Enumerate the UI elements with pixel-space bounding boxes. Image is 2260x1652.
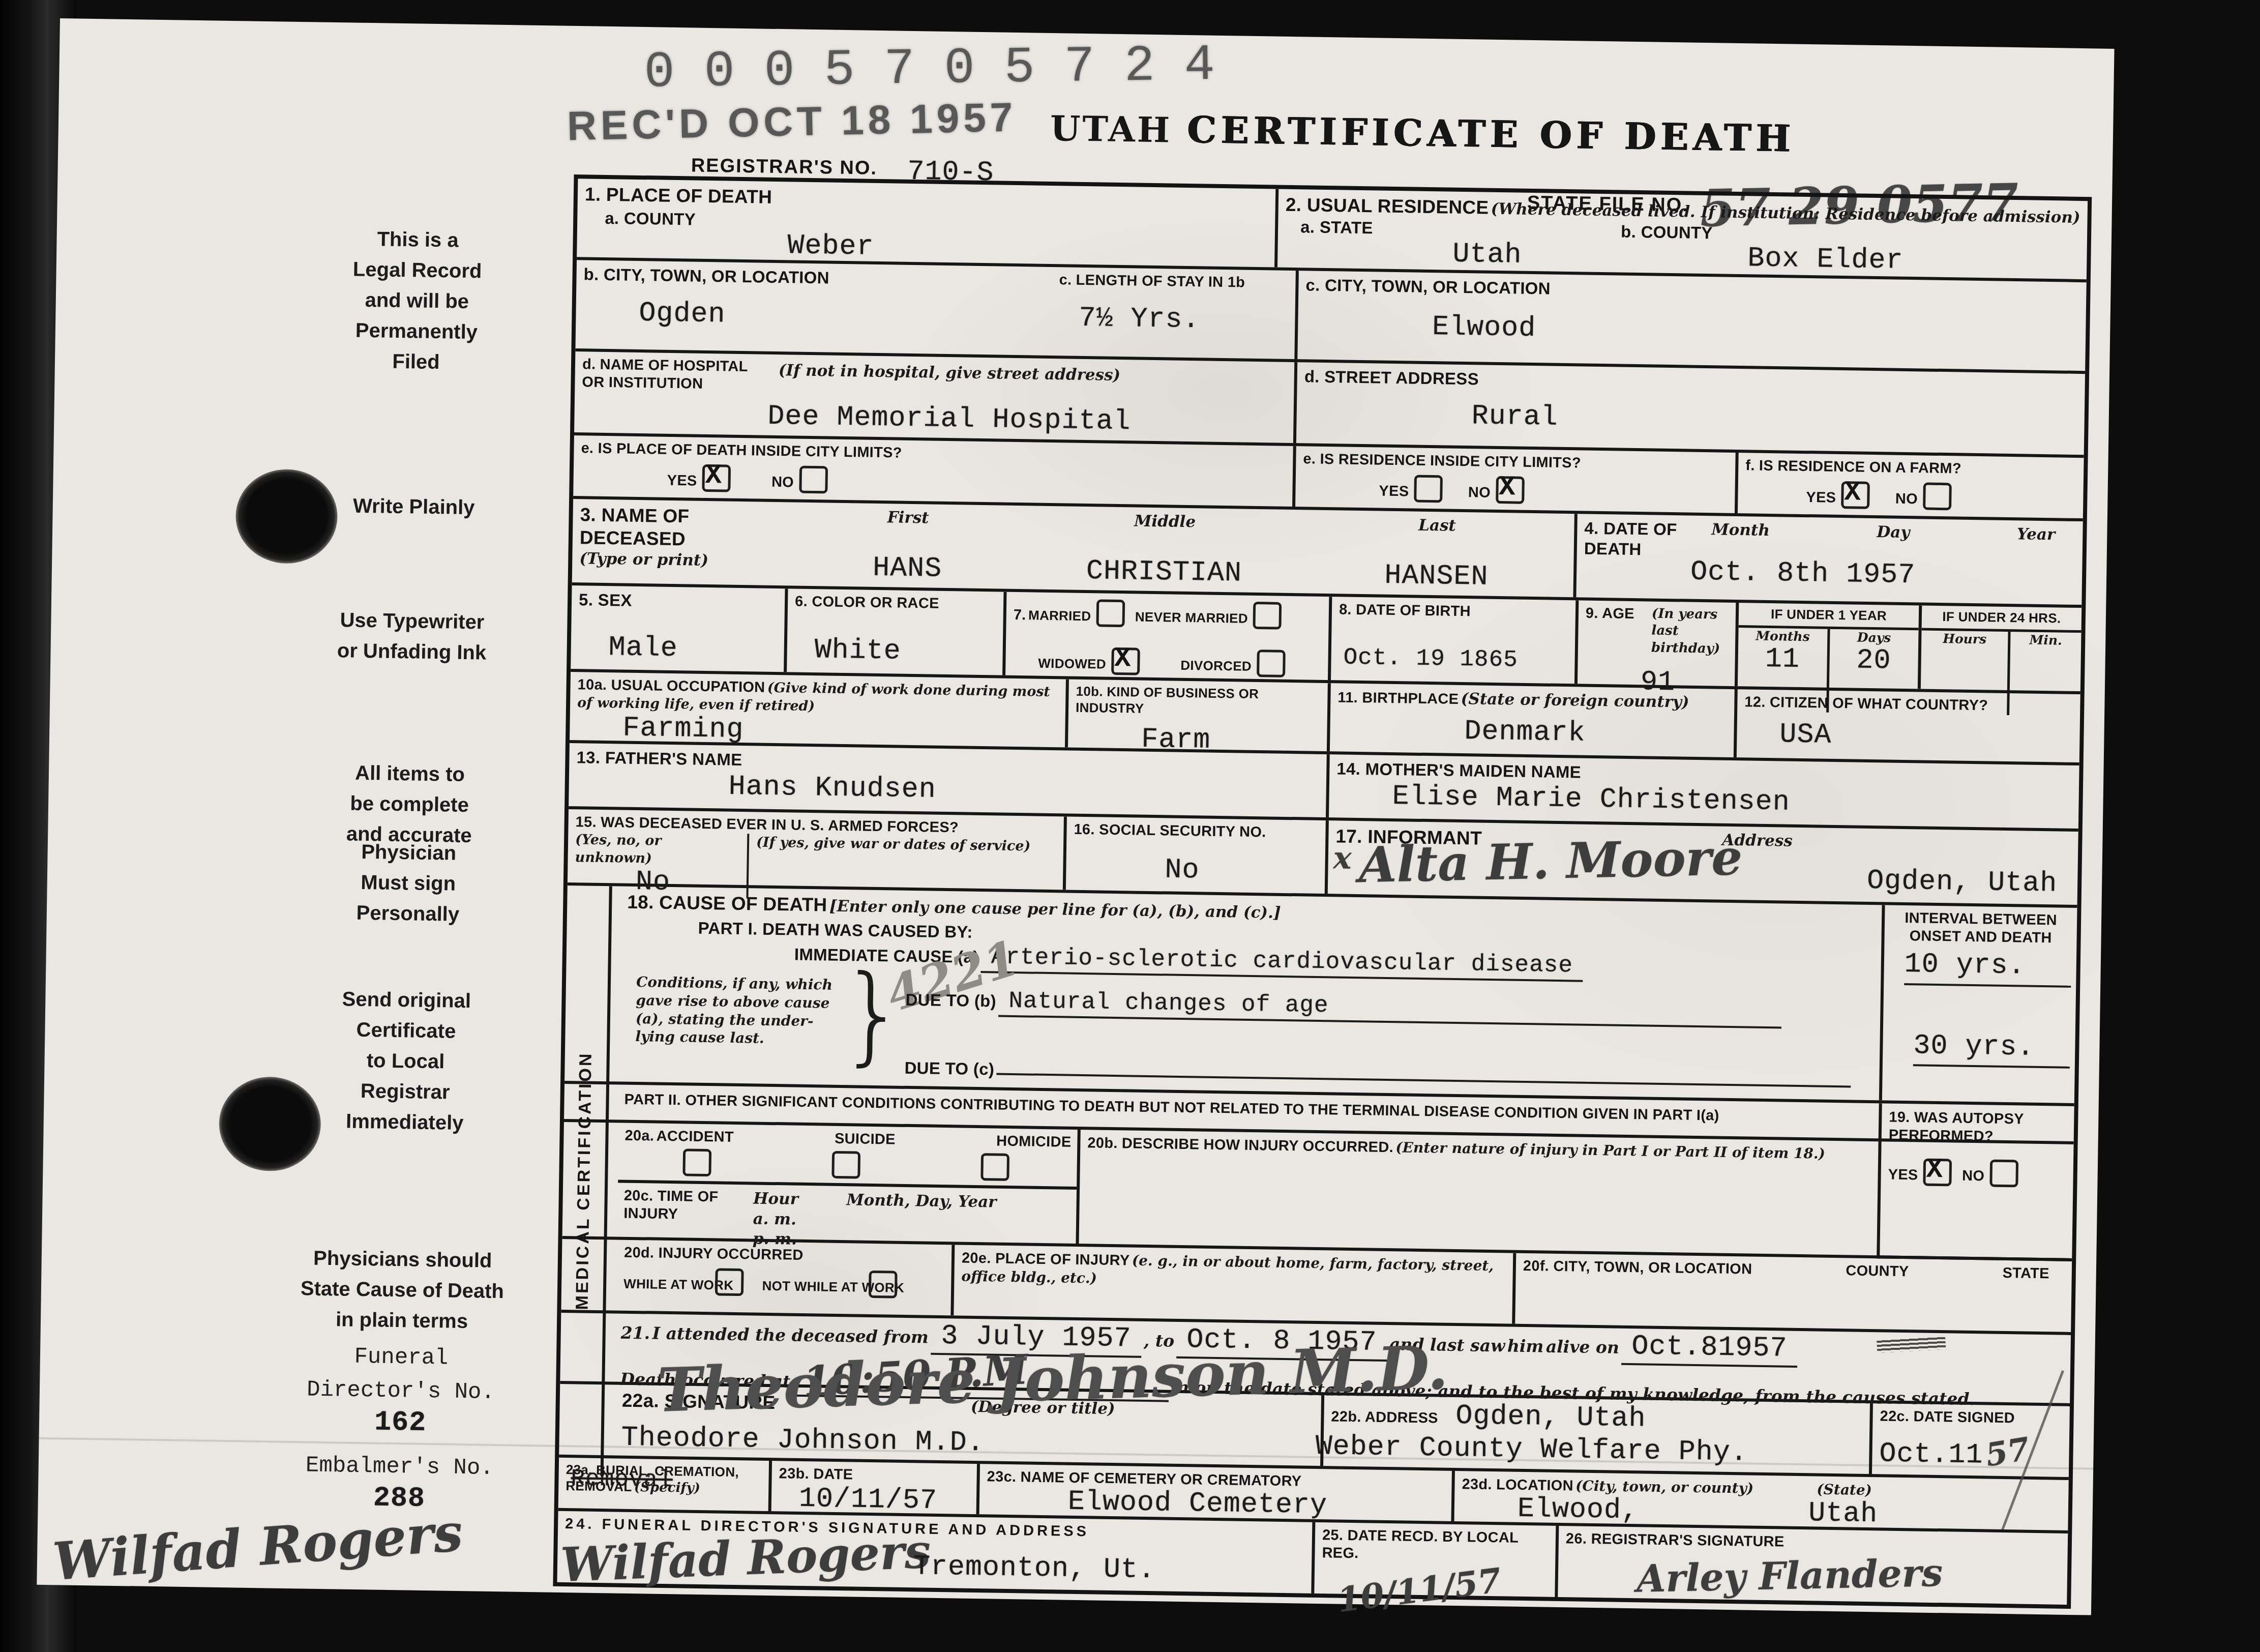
field-14-mother: 14. MOTHER'S MAIDEN NAME Elise Marie Chr… <box>1329 754 2079 829</box>
name-note: (Type or print) <box>579 549 793 573</box>
usual-residence-title: 2. USUAL RESIDENCE <box>1286 194 1489 218</box>
homicide-label: HOMICIDE <box>996 1133 1072 1152</box>
certificate-form: MEDICAL CERTIFICATION 19. WAS AUTOPSY PE… <box>553 174 2092 1609</box>
field-5-sex: 5. SEX Male <box>571 585 788 672</box>
registrar-no-label: REGISTRAR'S NO. <box>691 155 878 179</box>
accident-checkbox <box>683 1149 712 1177</box>
conditions-note: Conditions, if any, which gave rise to a… <box>635 973 840 1049</box>
field-15-armed-forces: 15. WAS DECEASED EVER IN U. S. ARMED FOR… <box>568 809 1067 890</box>
attended-prefix: 21. <box>620 1323 650 1343</box>
embalmers-no-label: Embalmer's No. <box>242 1448 557 1486</box>
homicide-checkbox <box>980 1153 1009 1181</box>
residence-limits-no-checkbox: X <box>1496 476 1525 504</box>
margin-note-line: All items to <box>252 756 568 791</box>
burial-state-note: (State) <box>1817 1481 1872 1499</box>
margin-note-legal-record: This is a Legal Record and will be Perma… <box>258 222 576 379</box>
under-24-hrs-header: IF UNDER 24 HRS. <box>1922 605 2082 632</box>
due-to-b-value: Natural changes of age <box>1008 988 1329 1019</box>
days-label: Days <box>1830 629 1919 646</box>
hospital-name: d. NAME OF HOSPITAL OR INSTITUTION (If n… <box>574 351 1297 443</box>
length-of-stay: c. LENGTH OF STAY IN 1b 7½ Yrs. <box>1051 267 1296 359</box>
cemetery-value: Elwood Cemetery <box>1068 1487 1445 1522</box>
dod-value: Oct. 8th 1957 <box>1690 557 2075 592</box>
title-main: CERTIFICATE OF DEATH <box>1187 108 1795 160</box>
date-signed-script: 57 <box>1983 1434 2032 1471</box>
field-20d-injury-occurred: 20d. INJURY OCCURRED WHILE AT WORK NOT W… <box>616 1240 955 1316</box>
while-at-work-label: WHILE AT WORK <box>623 1276 710 1293</box>
attended-seg1: I attended the deceased from <box>652 1323 929 1347</box>
margin-note-line: State Cause of Death <box>209 1272 596 1308</box>
stamped-serial-number: 0005705724 <box>644 37 1244 102</box>
field-23c-cemetery: 23c. NAME OF CEMETERY OR CREMATORY Elwoo… <box>979 1464 1455 1521</box>
injury-left-block: 20a. ACCIDENT SUICIDE HOMICIDE 20c. TIME… <box>617 1123 1081 1244</box>
registrar-signature-label: 26. REGISTRAR'S SIGNATURE <box>1566 1530 2061 1555</box>
age-label: 9. AGE <box>1586 605 1634 624</box>
due-to-c-label: DUE TO (c) <box>904 1058 994 1079</box>
checkbox-mark: X <box>1114 645 1131 673</box>
hours-label: Hours <box>1921 630 2008 648</box>
while-at-work-checkbox <box>715 1268 744 1296</box>
20a-prefix: 20a. <box>625 1128 654 1144</box>
residence-county-value: Box Elder <box>1747 244 2080 278</box>
residence-on-farm: f. IS RESIDENCE ON A FARM? YESX NO <box>1738 453 2084 518</box>
field-23a-burial: 23a. BURIAL, CREMATION, REMOVAL (Specify… <box>558 1458 772 1511</box>
never-married-checkbox <box>1253 602 1282 630</box>
yes-label: YES <box>1379 483 1409 500</box>
interval-header: INTERVAL BETWEEN ONSET AND DEATH <box>1889 909 2072 948</box>
margin-note-line: to Local <box>248 1044 563 1079</box>
physician-address-line2: Weber County Welfare Phy. <box>1315 1432 1862 1469</box>
document-title: UTAH CERTIFICATE OF DEATH <box>1050 109 1721 156</box>
field-11-birthplace: 11. BIRTHPLACE (State or foreign country… <box>1330 683 1738 757</box>
field-4-date-of-death: 4. DATE OF DEATH Month Day Year Oct. 8th… <box>1576 514 2083 605</box>
place-city-value: Ogden <box>639 299 1045 334</box>
cause-bracket-note: [Enter only one cause per line for (a), … <box>829 897 1281 922</box>
margin-note-line: Personally <box>250 896 566 931</box>
margin-note-line: and will be <box>259 283 575 318</box>
scanned-certificate: 0005705724 REC'D OCT 18 1957 REGISTRAR'S… <box>0 0 2260 1652</box>
place-inside-city-limits: e. IS PLACE OF DEATH INSIDE CITY LIMITS?… <box>573 435 1296 507</box>
margin-note-line: Must sign <box>250 866 566 901</box>
funeral-director-address: Tremonton, Ut. <box>913 1552 1156 1585</box>
interval-b-value: 30 yrs. <box>1913 1031 2070 1069</box>
date-signed-typed: Oct.11 <box>1879 1438 1983 1471</box>
dod-year-header: Year <box>2016 524 2055 545</box>
row-20-injury-top: 20a. ACCIDENT SUICIDE HOMICIDE 20c. TIME… <box>562 1122 2074 1261</box>
residence-city-value: Elwood <box>1432 312 2079 351</box>
middle-name-value: CHRISTIAN <box>1022 555 1307 589</box>
margin-note-line: Immediately <box>247 1105 562 1140</box>
field-10b-industry: 10b. KIND OF BUSINESS OR INDUSTRY Farm <box>1068 680 1331 752</box>
funeral-directors-no-label: Funeral <box>244 1339 559 1377</box>
birthplace-note: (State or foreign country) <box>1461 690 1689 712</box>
if-under-24-hrs: IF UNDER 24 HRS. Hours Min. <box>1921 605 2081 691</box>
checkbox-mark: X <box>705 462 722 490</box>
residence-inside-city-limits: e. IS RESIDENCE INSIDE CITY LIMITS? YES … <box>1295 446 1739 513</box>
field-12-citizen: 12. CITIZEN OF WHAT COUNTRY? USA <box>1737 689 2080 762</box>
field-22c-date-signed: 22c. DATE SIGNED Oct.11 57 <box>1872 1403 2070 1477</box>
brace-glyph: } <box>839 961 908 1069</box>
first-name-header: First <box>793 507 1023 530</box>
age-note: (In years last birthday) <box>1651 606 1729 658</box>
due-to-b-label: DUE TO (b) <box>905 990 996 1011</box>
ssn-value: No <box>1165 855 1318 887</box>
injury-occurred-label: 20d. INJURY OCCURRED <box>624 1244 944 1267</box>
ssn-label: 16. SOCIAL SECURITY NO. <box>1074 821 1318 843</box>
residence-city-limits-label: e. IS RESIDENCE INSIDE CITY LIMITS? <box>1303 450 1728 475</box>
residence-farm-no-checkbox <box>1923 483 1952 511</box>
funeral-directors-no-label: Director's No. <box>243 1372 559 1410</box>
armed-forces-note1: (Yes, no, or unknown) <box>575 832 743 869</box>
residence-farm-label: f. IS RESIDENCE ON A FARM? <box>1745 457 2076 480</box>
field-16-ssn: 16. SOCIAL SECURITY NO. No <box>1066 817 1329 894</box>
middle-name-header: Middle <box>1022 510 1307 534</box>
informant-signature-mark: x <box>1333 844 1352 873</box>
field-26-registrar-signature: 26. REGISTRAR'S SIGNATURE Arley Flanders <box>1558 1526 2068 1605</box>
sex-label: 5. SEX <box>579 589 778 613</box>
attended-him: him <box>1507 1336 1544 1356</box>
dod-day-header: Day <box>1877 522 1910 543</box>
street-address: d. STREET ADDRESS Rural <box>1296 362 2085 455</box>
dob-value: Oct. 19 1865 <box>1343 645 1568 673</box>
registrar-signature-value: Arley Flanders <box>1636 1553 2060 1598</box>
time-of-injury-label: 20c. TIME OF INJURY <box>623 1187 751 1225</box>
sex-value: Male <box>608 633 777 665</box>
margin-note-line: be complete <box>252 787 568 822</box>
field-20f-injury-location: 20f. CITY, TOWN, OR LOCATION COUNTY STAT… <box>1515 1253 2072 1332</box>
burial-date-value: 10/11/57 <box>799 1484 970 1516</box>
length-of-stay-value: 7½ Yrs. <box>1079 304 1288 336</box>
yes-label: YES <box>667 473 697 489</box>
month-day-year-label: Month, Day, Year <box>846 1190 997 1213</box>
injury-city-label: 20f. CITY, TOWN, OR LOCATION <box>1523 1257 1752 1279</box>
accident-label: ACCIDENT <box>656 1128 734 1145</box>
title-state: UTAH <box>1050 108 1172 151</box>
received-date-stamp: REC'D OCT 18 1957 <box>567 97 1017 147</box>
place-limits-no-checkbox <box>799 466 828 494</box>
marital-prefix: 7. <box>1014 607 1026 623</box>
days-value: 20 <box>1829 645 1918 675</box>
months-value: 11 <box>1738 644 1827 674</box>
checkbox-mark: X <box>1499 474 1515 501</box>
no-label: NO <box>771 474 794 491</box>
not-while-at-work-label: NOT WHILE AT WORK <box>762 1278 864 1296</box>
margin-note-line: or Unfading Ink <box>254 634 570 669</box>
race-label: 6. COLOR OR RACE <box>795 593 996 614</box>
date-received-value: 10/11/57 <box>1335 1558 1549 1616</box>
residence-city: c. CITY, TOWN, OR LOCATION Elwood <box>1297 271 2086 371</box>
residence-limits-block: e. IS RESIDENCE INSIDE CITY LIMITS? YES … <box>1295 446 2084 518</box>
hospital-note: (If not in hospital, give street address… <box>779 361 1121 386</box>
field-20e-place-of-injury: 20e. PLACE OF INJURY (e. g., in or about… <box>954 1245 1516 1323</box>
field-23b-date: 23b. DATE 10/11/57 <box>771 1461 980 1514</box>
date-signed-label: 22c. DATE SIGNED <box>1880 1407 2062 1428</box>
street-address-value: Rural <box>1471 402 2077 440</box>
field-23d-location: 23d. LOCATION (City, town, or county) (S… <box>1454 1471 2068 1530</box>
last-name-value: HANSEN <box>1306 559 1567 593</box>
interval-column: INTERVAL BETWEEN ONSET AND DEATH 10 yrs.… <box>1879 905 2077 1103</box>
residence-state: a. STATE Utah <box>1285 216 1621 271</box>
injury-spacer <box>1889 1142 2073 1258</box>
dod-month-header: Month <box>1711 520 1770 541</box>
interval-a-value: 10 yrs. <box>1904 950 2071 988</box>
occupation-label: 10a. USUAL OCCUPATION <box>577 676 765 695</box>
margin-note-line: This is a <box>260 222 576 257</box>
margin-note-line: Certificate <box>248 1013 564 1048</box>
suicide-checkbox <box>831 1151 860 1179</box>
margin-note-plain-terms: Physicians should State Cause of Death i… <box>209 1242 597 1339</box>
informant-address-header: Address <box>1722 831 2071 856</box>
burial-location-city: Elwood, <box>1517 1493 1639 1527</box>
place-of-injury-label: 20e. PLACE OF INJURY <box>962 1250 1130 1269</box>
divorced-checkbox <box>1257 650 1286 677</box>
funeral-director-signature: Wilfad Rogers <box>560 1529 932 1588</box>
margin-note-line: Write Plainly <box>256 489 572 524</box>
physician-address-label: 22b. ADDRESS <box>1331 1408 1438 1426</box>
under-1-year-header: IF UNDER 1 YEAR <box>1739 603 1919 630</box>
field-13-father: 13. FATHER'S NAME Hans Knudsen <box>569 743 1330 817</box>
length-of-stay-label: c. LENGTH OF STAY IN 1b <box>1059 271 1288 292</box>
dob-label: 8. DATE OF BIRTH <box>1339 601 1568 622</box>
yes-label: YES <box>1806 489 1836 506</box>
burial-location-state: Utah <box>1808 1497 1878 1530</box>
residence-county-label: b. COUNTY <box>1621 222 1713 242</box>
margin-note-line: Registrar <box>247 1074 563 1109</box>
field-2-usual-residence: 2. USUAL RESIDENCE (Where deceased lived… <box>1277 189 2088 280</box>
field-6-color-race: 6. COLOR OR RACE White <box>787 588 1006 675</box>
margin-note-write-plainly: Write Plainly <box>256 489 572 524</box>
field-22b-address: 22b. ADDRESS Ogden, Utah Weber County We… <box>1323 1395 1873 1474</box>
field-25-date-received: 25. DATE RECD. BY LOCAL REG. 10/11/57 <box>1314 1522 1559 1597</box>
funeral-directors-no: Funeral Director's No. 162 <box>243 1339 559 1440</box>
burial-location-label: 23d. LOCATION <box>1462 1476 1573 1494</box>
describe-injury-note: (Enter nature of injury in Part I or Par… <box>1395 1139 1825 1162</box>
last-name-header: Last <box>1307 514 1567 538</box>
margin-funeral-director-signature: Wilfad Rogers <box>51 1508 464 1587</box>
place-city: b. CITY, TOWN, OR LOCATION Ogden <box>575 260 1052 356</box>
margin-note-line: Filed <box>258 344 574 379</box>
field-10a-occupation: 10a. USUAL OCCUPATION (Give kind of work… <box>570 672 1069 748</box>
months-label: Months <box>1738 628 1827 645</box>
name-label: 3. NAME OF DECEASED <box>580 503 733 551</box>
field-9-age: 9. AGE (In years last birthday) 91 <box>1578 600 1739 686</box>
no-label: NO <box>1468 485 1491 501</box>
checkbox-mark: X <box>1844 480 1861 507</box>
if-under-1-year: IF UNDER 1 YEAR Months 11 Days 20 <box>1738 603 1922 689</box>
margin-note-physician-sign: Physician Must sign Personally <box>250 835 567 931</box>
field-18-cause-of-death: 18. CAUSE OF DEATH [Enter only one cause… <box>564 886 2077 1106</box>
margin-note-line: Permanently <box>259 314 575 349</box>
field-8-date-of-birth: 8. DATE OF BIRTH Oct. 19 1865 <box>1331 597 1579 684</box>
field-20b-describe-injury: 20b. DESCRIBE HOW INJURY OCCURRED. (Ente… <box>1079 1130 1891 1256</box>
min-label: Min. <box>2010 632 2081 649</box>
cause-label: 18. CAUSE OF DEATH <box>627 892 827 916</box>
place-city-label: b. CITY, TOWN, OR LOCATION <box>583 264 1045 291</box>
residence-state-label: a. STATE <box>1300 217 1373 237</box>
married-label: MARRIED <box>1028 607 1091 624</box>
field-20a-accident: 20a. ACCIDENT SUICIDE HOMICIDE <box>618 1123 1078 1190</box>
field-24-funeral-director: 24. FUNERAL DIRECTOR'S SIGNATURE AND ADD… <box>557 1511 1315 1594</box>
armed-forces-note2: (If yes, give war or dates of service) <box>756 834 1056 856</box>
attended-seg4: alive on <box>1546 1337 1620 1358</box>
residence-county: b. COUNTY Box Elder <box>1620 221 2080 278</box>
industry-label: 10b. KIND OF BUSINESS OR INDUSTRY <box>1076 684 1321 720</box>
suicide-label: SUICIDE <box>835 1130 896 1149</box>
field-1-place-of-death: 1. PLACE OF DEATH a. COUNTY Weber <box>577 179 1278 267</box>
residence-state-value: Utah <box>1452 240 1621 272</box>
residence-limits-yes-checkbox <box>1414 475 1443 503</box>
margin-note-line: in plain terms <box>209 1303 596 1339</box>
funeral-directors-no-value: 162 <box>243 1406 558 1440</box>
margin-note-line: Physician <box>251 835 567 870</box>
describe-injury-label: 20b. DESCRIBE HOW INJURY OCCURRED. <box>1087 1135 1393 1156</box>
hospital-label: d. NAME OF HOSPITAL OR INSTITUTION <box>582 356 755 394</box>
field-7-marital-status: 7. MARRIED NEVER MARRIED WIDOWEDX DIVORC… <box>1005 592 1332 680</box>
place-city-block: b. CITY, TOWN, OR LOCATION Ogden c. LENG… <box>575 260 1298 359</box>
margin-note-line: Physicians should <box>209 1242 596 1278</box>
margin-note-line: Send original <box>249 983 564 1018</box>
cause-of-death-main: 18. CAUSE OF DEATH [Enter only one cause… <box>619 887 1882 1101</box>
dod-label: 4. DATE OF DEATH <box>1584 518 1681 560</box>
citizen-label: 12. CITIZEN OF WHAT COUNTRY? <box>1744 693 2073 716</box>
residence-farm-yes-checkbox: X <box>1841 481 1870 509</box>
never-married-label: NEVER MARRIED <box>1135 609 1248 626</box>
no-label: NO <box>1895 491 1918 508</box>
embalmers-no: Embalmer's No. 288 <box>242 1448 558 1516</box>
injury-county-label: COUNTY <box>1846 1262 1909 1281</box>
father-value: Hans Knudsen <box>728 772 1319 810</box>
widowed-checkbox: X <box>1111 647 1140 675</box>
last-seen-date: Oct.81957 <box>1631 1330 1788 1365</box>
birthplace-label: 11. BIRTHPLACE <box>1337 689 1459 707</box>
hour-label: Hour <box>753 1189 798 1209</box>
citizen-value: USA <box>1779 720 2073 754</box>
physician-typed-name: Theodore Johnson M.D. <box>621 1423 985 1458</box>
place-limits-yes-checkbox: X <box>702 464 731 492</box>
field-3-name-of-deceased: 3. NAME OF DECEASED (Type or print) Firs… <box>572 499 1578 597</box>
divorced-label: DIVORCED <box>1180 658 1252 674</box>
birthplace-value: Denmark <box>1464 717 1727 750</box>
margin-note-line: Legal Record <box>259 253 575 288</box>
date-received-label: 25. DATE RECD. BY LOCAL REG. <box>1322 1526 1549 1566</box>
widowed-label: WIDOWED <box>1038 656 1106 672</box>
injury-state-label: STATE <box>2002 1264 2049 1283</box>
margin-note-typewriter: Use Typewriter or Unfading Ink <box>254 604 570 669</box>
informant-address-value: Ogden, Utah <box>1867 866 2058 898</box>
am-label: a. m. <box>753 1209 798 1230</box>
margin-note-line: Use Typewriter <box>254 604 570 639</box>
not-while-at-work-checkbox <box>869 1271 898 1299</box>
occupation-value: Farming <box>622 714 1058 749</box>
informant-signature: Alta H. Moore <box>1358 834 1743 888</box>
physician-address-line1: Ogden, Utah <box>1455 1400 1646 1435</box>
married-checkbox <box>1096 599 1125 627</box>
field-17-informant: 17. INFORMANT Address x Alta H. Moore Og… <box>1328 820 2078 905</box>
first-name-value: HANS <box>793 552 1022 584</box>
margin-note-send-original: Send original Certificate to Local Regis… <box>247 983 564 1140</box>
race-value: White <box>814 636 996 668</box>
hospital-value: Dee Memorial Hospital <box>767 402 1131 436</box>
certificate-paper: 0005705724 REC'D OCT 18 1957 REGISTRAR'S… <box>37 18 2114 1615</box>
